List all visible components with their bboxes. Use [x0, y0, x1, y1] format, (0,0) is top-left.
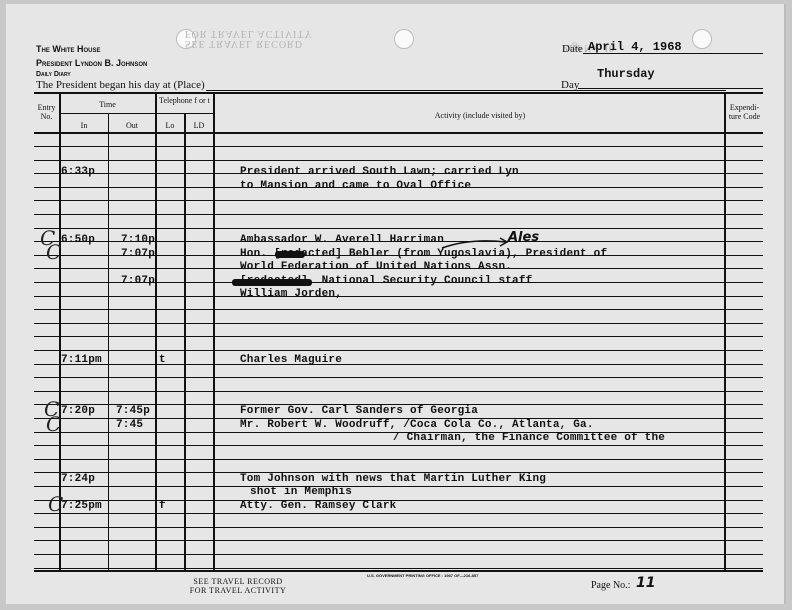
redaction-mark — [232, 279, 312, 286]
row-rule — [34, 336, 763, 337]
entry-activity: World Federation of United Nations Assn. — [240, 261, 512, 273]
entry-activity: Ambassador W. Averell Harriman — [240, 234, 444, 246]
handwritten-annotation: Ales — [508, 230, 539, 245]
entry-activity: William Jorden, — [240, 288, 342, 300]
row-rule — [34, 364, 763, 365]
date-underline — [583, 53, 763, 54]
entry-time-in: 7:25pm — [61, 500, 102, 512]
entry-activity: Charles Maguire — [240, 354, 342, 366]
travel-record-note: SEE TRAVEL RECORD FOR TRAVEL ACTIVITY — [183, 577, 293, 595]
entry-time-out: 7:07p — [121, 275, 155, 287]
header-bottom-border — [34, 132, 763, 134]
punch-hole — [692, 29, 712, 49]
entry-time-out: 7:45 — [116, 419, 143, 431]
table-bottom-border — [34, 570, 763, 572]
row-rule — [34, 200, 763, 201]
printing-office-line: U.S. GOVERNMENT PRINTING OFFICE : 1967 O… — [367, 573, 478, 578]
col-divider — [724, 93, 726, 570]
day-value: Thursday — [597, 67, 655, 81]
col-header-time: Time — [60, 100, 155, 109]
entry-time-in: 7:20p — [61, 405, 95, 417]
row-rule — [34, 160, 763, 161]
col-header-lo: Lo — [156, 121, 184, 130]
travel-line-1: SEE TRAVEL RECORD — [183, 577, 293, 586]
punch-hole — [394, 29, 414, 49]
entry-time-out: 7:07p — [121, 248, 155, 260]
entry-activity: / Chairman, the Finance Committee of the — [393, 432, 665, 444]
row-rule — [34, 377, 763, 378]
page-number-label: Page No.: — [591, 580, 630, 591]
col-divider — [213, 93, 215, 570]
col-header-out: Out — [109, 121, 155, 130]
org-name: The White House — [36, 44, 101, 54]
subheader-line — [60, 113, 214, 114]
entry-activity: shot in Memphis — [250, 486, 352, 498]
entry-time-out: 7:45p — [116, 405, 150, 417]
form-title: Daily Diary — [36, 71, 71, 78]
bleed-through-text: SEE TRAVEL RECORD — [185, 38, 303, 49]
president-name: President Lyndon B. Johnson — [36, 58, 147, 68]
row-rule — [34, 445, 763, 446]
entry-time-in: 7:24p — [61, 473, 95, 485]
row-rule — [34, 459, 763, 460]
entry-time-in: 7:11pm — [61, 354, 102, 366]
date-label: Date — [562, 43, 583, 55]
entry-activity: Former Gov. Carl Sanders of Georgia — [240, 405, 478, 417]
redaction-mark — [275, 251, 305, 258]
began-day-label: The President began his day at (Place) — [36, 79, 205, 91]
row-rule — [34, 323, 763, 324]
row-rule — [34, 554, 763, 555]
row-rule — [34, 309, 763, 310]
col-header-entry: Entry No. — [34, 103, 59, 121]
page-number-value: 11 — [636, 575, 655, 591]
checkmark-icon: C — [46, 240, 61, 264]
entry-telephone: f — [159, 500, 166, 512]
row-rule — [34, 214, 763, 215]
date-value: April 4, 1968 — [588, 40, 682, 54]
entry-telephone: t — [159, 354, 166, 366]
row-rule — [34, 500, 763, 501]
row-rule — [34, 391, 763, 392]
row-rule — [34, 513, 763, 514]
place-underline — [206, 90, 726, 91]
row-rule — [34, 296, 763, 297]
col-header-ld: LD — [185, 121, 213, 130]
row-rule — [34, 540, 763, 541]
entry-activity: Atty. Gen. Ramsey Clark — [240, 500, 396, 512]
entry-activity: to Mansion and came to Oval Office — [240, 180, 471, 192]
row-rule — [34, 146, 763, 147]
travel-line-2: FOR TRAVEL ACTIVITY — [183, 586, 293, 595]
entry-time-in: 6:50p — [61, 234, 95, 246]
table-top-border — [34, 92, 763, 94]
entry-activity: Tom Johnson with news that Martin Luther… — [240, 473, 546, 485]
row-rule — [34, 527, 763, 528]
checkmark-icon: C — [46, 412, 61, 436]
entry-time-in: 6:33p — [61, 166, 95, 178]
row-rule — [34, 568, 763, 569]
col-header-activity: Activity (include visited by) — [400, 111, 560, 120]
col-divider — [155, 93, 157, 570]
row-rule — [34, 350, 763, 351]
day-label: Day — [561, 79, 579, 91]
col-header-telephone: Telephone f or t — [156, 96, 213, 105]
col-divider — [108, 113, 109, 570]
day-underline — [578, 88, 763, 89]
col-header-expenditure: Expendi- ture Code — [726, 103, 763, 121]
entry-activity: Mr. Robert W. Woodruff, /Coca Cola Co., … — [240, 419, 594, 431]
col-divider — [184, 113, 186, 570]
col-header-in: In — [60, 121, 108, 130]
entry-activity: President arrived South Lawn; carried Ly… — [240, 166, 519, 178]
entry-time-out: 7:10p — [121, 234, 155, 246]
row-rule — [34, 228, 763, 229]
row-rule — [34, 486, 763, 487]
